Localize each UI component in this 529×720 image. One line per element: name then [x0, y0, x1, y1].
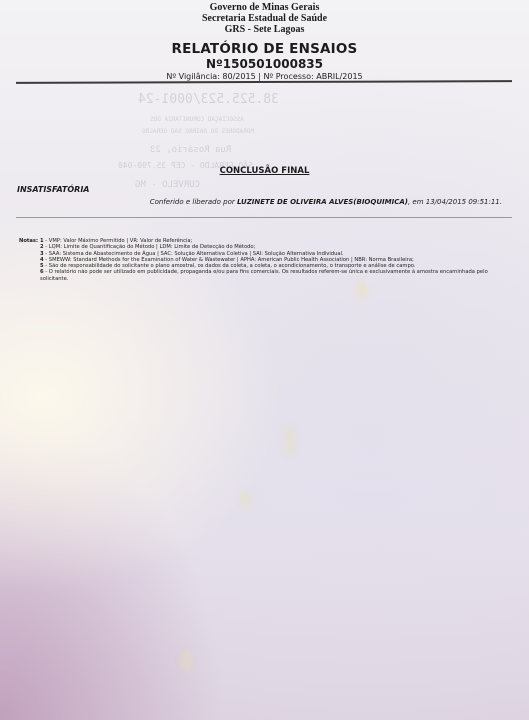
- org-grs: GRS - Sete Lagoas: [0, 24, 529, 35]
- report-number: Nº150501000835: [0, 57, 529, 71]
- header-divider: [16, 80, 512, 84]
- notes-list: 1 - VMP: Valor Máximo Permitido | VR: Va…: [40, 238, 499, 282]
- ghost-line: MORADORES DO BAIRRO SÃO GERALDO: [142, 128, 254, 135]
- conclusion-title: CONCLUSÃO FINAL: [0, 166, 529, 176]
- paper-stain: [240, 490, 250, 508]
- release-by: LUZINETE DE OLIVEIRA ALVES(BIOQUIMICA): [237, 198, 408, 206]
- conclusion-result: INSATISFATÓRIA: [17, 185, 90, 194]
- ghost-line: 38.525.523/0001-24: [138, 92, 279, 107]
- ghost-line: Rua Rosário, 23: [150, 145, 231, 155]
- notes-section: Notas: 1 - VMP: Valor Máximo Permitido |…: [19, 238, 499, 282]
- report-title: RELATÓRIO DE ENSAIOS: [0, 41, 529, 57]
- org-government: Governo de Minas Gerais: [0, 2, 529, 13]
- notes-label: Notas:: [19, 238, 40, 282]
- paper-stain: [180, 650, 192, 672]
- paper-stain: [285, 425, 295, 455]
- paper-stain: [355, 280, 369, 300]
- release-statement: Conferido e liberado por LUZINETE DE OLI…: [150, 198, 502, 206]
- report-header: Governo de Minas Gerais Secretaria Estad…: [0, 0, 529, 82]
- ghost-line: ASSOCIAÇÃO COMUNITÁRIA DOS: [150, 116, 244, 123]
- org-secretariat: Secretaria Estadual de Saúde: [0, 13, 529, 24]
- note-item: 6 - O relatório não pode ser utilizado e…: [40, 269, 499, 282]
- conclusion-divider: [16, 217, 512, 218]
- release-suffix: , em 13/04/2015 09:51:11.: [408, 198, 502, 206]
- release-prefix: Conferido e liberado por: [150, 198, 237, 206]
- ghost-line: CURVELO - MG: [135, 180, 200, 190]
